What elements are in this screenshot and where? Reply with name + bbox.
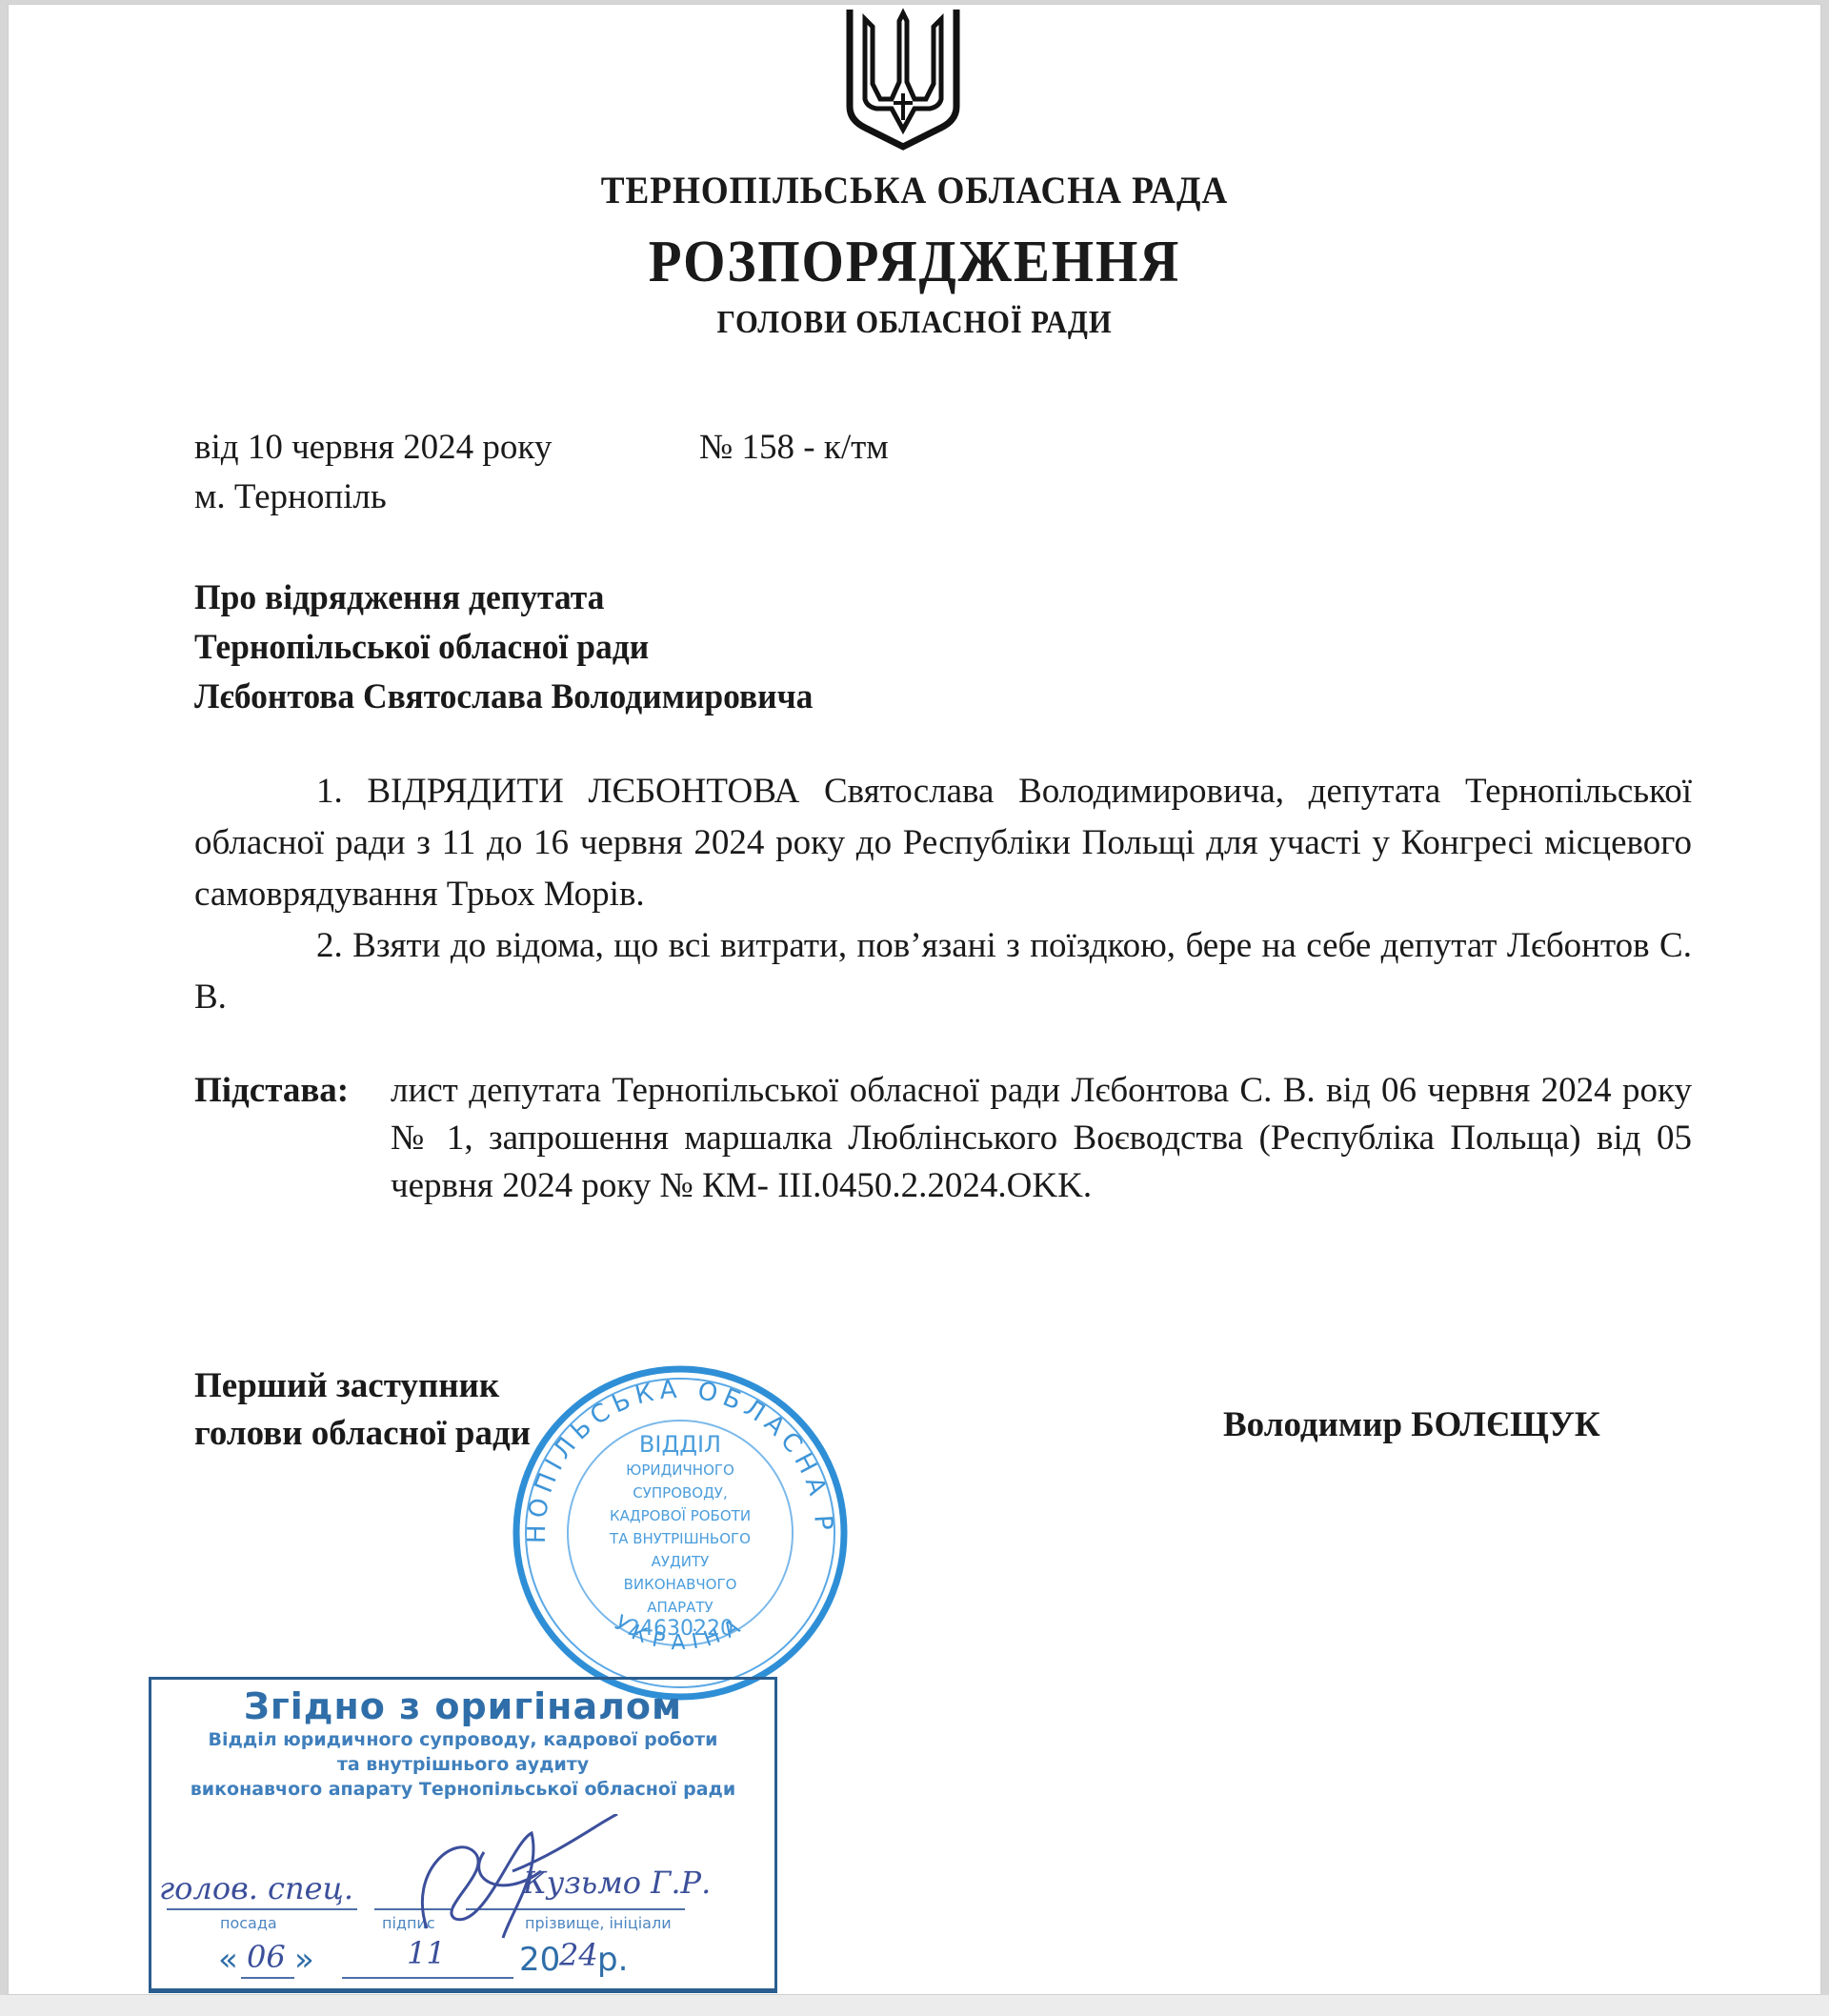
basis-section: Підстава: лист депутата Тернопільської о… xyxy=(194,1067,1692,1210)
svg-text:ЮРИДИЧНОГО: ЮРИДИЧНОГО xyxy=(626,1462,734,1479)
svg-text:СУПРОВОДУ,: СУПРОВОДУ, xyxy=(633,1484,727,1502)
handwritten-signature xyxy=(370,1814,903,1947)
document-number: № 158 - к/тм xyxy=(699,427,889,468)
paragraph-1: 1. ВІДРЯДИТИ ЛЄБОНТОВА Святослава Володи… xyxy=(194,766,1692,920)
signatory-name: Володимир БОЛЄЩУК xyxy=(1223,1404,1600,1445)
document-subject: Про відрядження депутата Тернопільської … xyxy=(194,574,813,722)
document-date: від 10 червня 2024 року xyxy=(194,427,552,468)
position-handwritten: голов. спец. xyxy=(159,1870,353,1906)
svg-text:АУДИТУ: АУДИТУ xyxy=(652,1553,710,1570)
stamp-title: Згідно з оригіналом xyxy=(151,1685,774,1727)
basis-text: лист депутата Тернопільської обласної ра… xyxy=(391,1067,1692,1210)
position-line: Перший заступник xyxy=(194,1362,531,1410)
viewer-bottom-strip xyxy=(0,1995,1829,2016)
basis-label: Підстава: xyxy=(194,1067,349,1115)
svg-text:ТА ВНУТРІШНЬОГО: ТА ВНУТРІШНЬОГО xyxy=(609,1530,751,1547)
stamp-line: та внутрішнього аудиту xyxy=(151,1752,774,1777)
svg-text:КАДРОВОЇ РОБОТИ: КАДРОВОЇ РОБОТИ xyxy=(610,1506,751,1524)
position-caption: посада xyxy=(220,1914,277,1932)
subject-line: Тернопільської обласної ради xyxy=(194,623,813,673)
subject-line: Про відрядження депутата xyxy=(194,574,813,623)
document-page: ТЕРНОПІЛЬСЬКА ОБЛАСНА РАДА РОЗПОРЯДЖЕННЯ… xyxy=(8,4,1821,1995)
stamp-line: виконавчого апарату Тернопільської облас… xyxy=(151,1777,774,1802)
svg-text:ВИКОНАВЧОГО: ВИКОНАВЧОГО xyxy=(624,1576,737,1593)
stamp-day: 06 xyxy=(247,1939,286,1975)
official-seal-icon: ТЕРНОПІЛЬСЬКА ОБЛАСНА РАДА УКРАЇНА ВІДДІ… xyxy=(507,1364,854,1702)
position-line: голови обласної ради xyxy=(194,1410,531,1458)
svg-text:ВІДДІЛ: ВІДДІЛ xyxy=(639,1431,721,1458)
stamp-line: Відділ юридичного супроводу, кадрової ро… xyxy=(151,1727,774,1752)
ukraine-coat-of-arms-icon xyxy=(844,8,962,151)
document-city: м. Тернопіль xyxy=(194,476,387,517)
svg-text:24630220: 24630220 xyxy=(627,1617,734,1641)
organization-name: ТЕРНОПІЛЬСЬКА ОБЛАСНА РАДА xyxy=(71,168,1759,212)
svg-text:АПАРАТУ: АПАРАТУ xyxy=(647,1599,713,1616)
document-subtitle: ГОЛОВИ ОБЛАСНОЇ РАДИ xyxy=(98,305,1731,341)
paragraph-2: 2. Взяти до відома, що всі витрати, пов’… xyxy=(194,920,1692,1023)
document-body: 1. ВІДРЯДИТИ ЛЄБОНТОВА Святослава Володи… xyxy=(194,766,1692,1023)
document-title: РОЗПОРЯДЖЕННЯ xyxy=(80,229,1749,296)
subject-line: Лєбонтова Святослава Володимировича xyxy=(194,673,813,722)
signatory-position: Перший заступник голови обласної ради xyxy=(194,1362,531,1458)
